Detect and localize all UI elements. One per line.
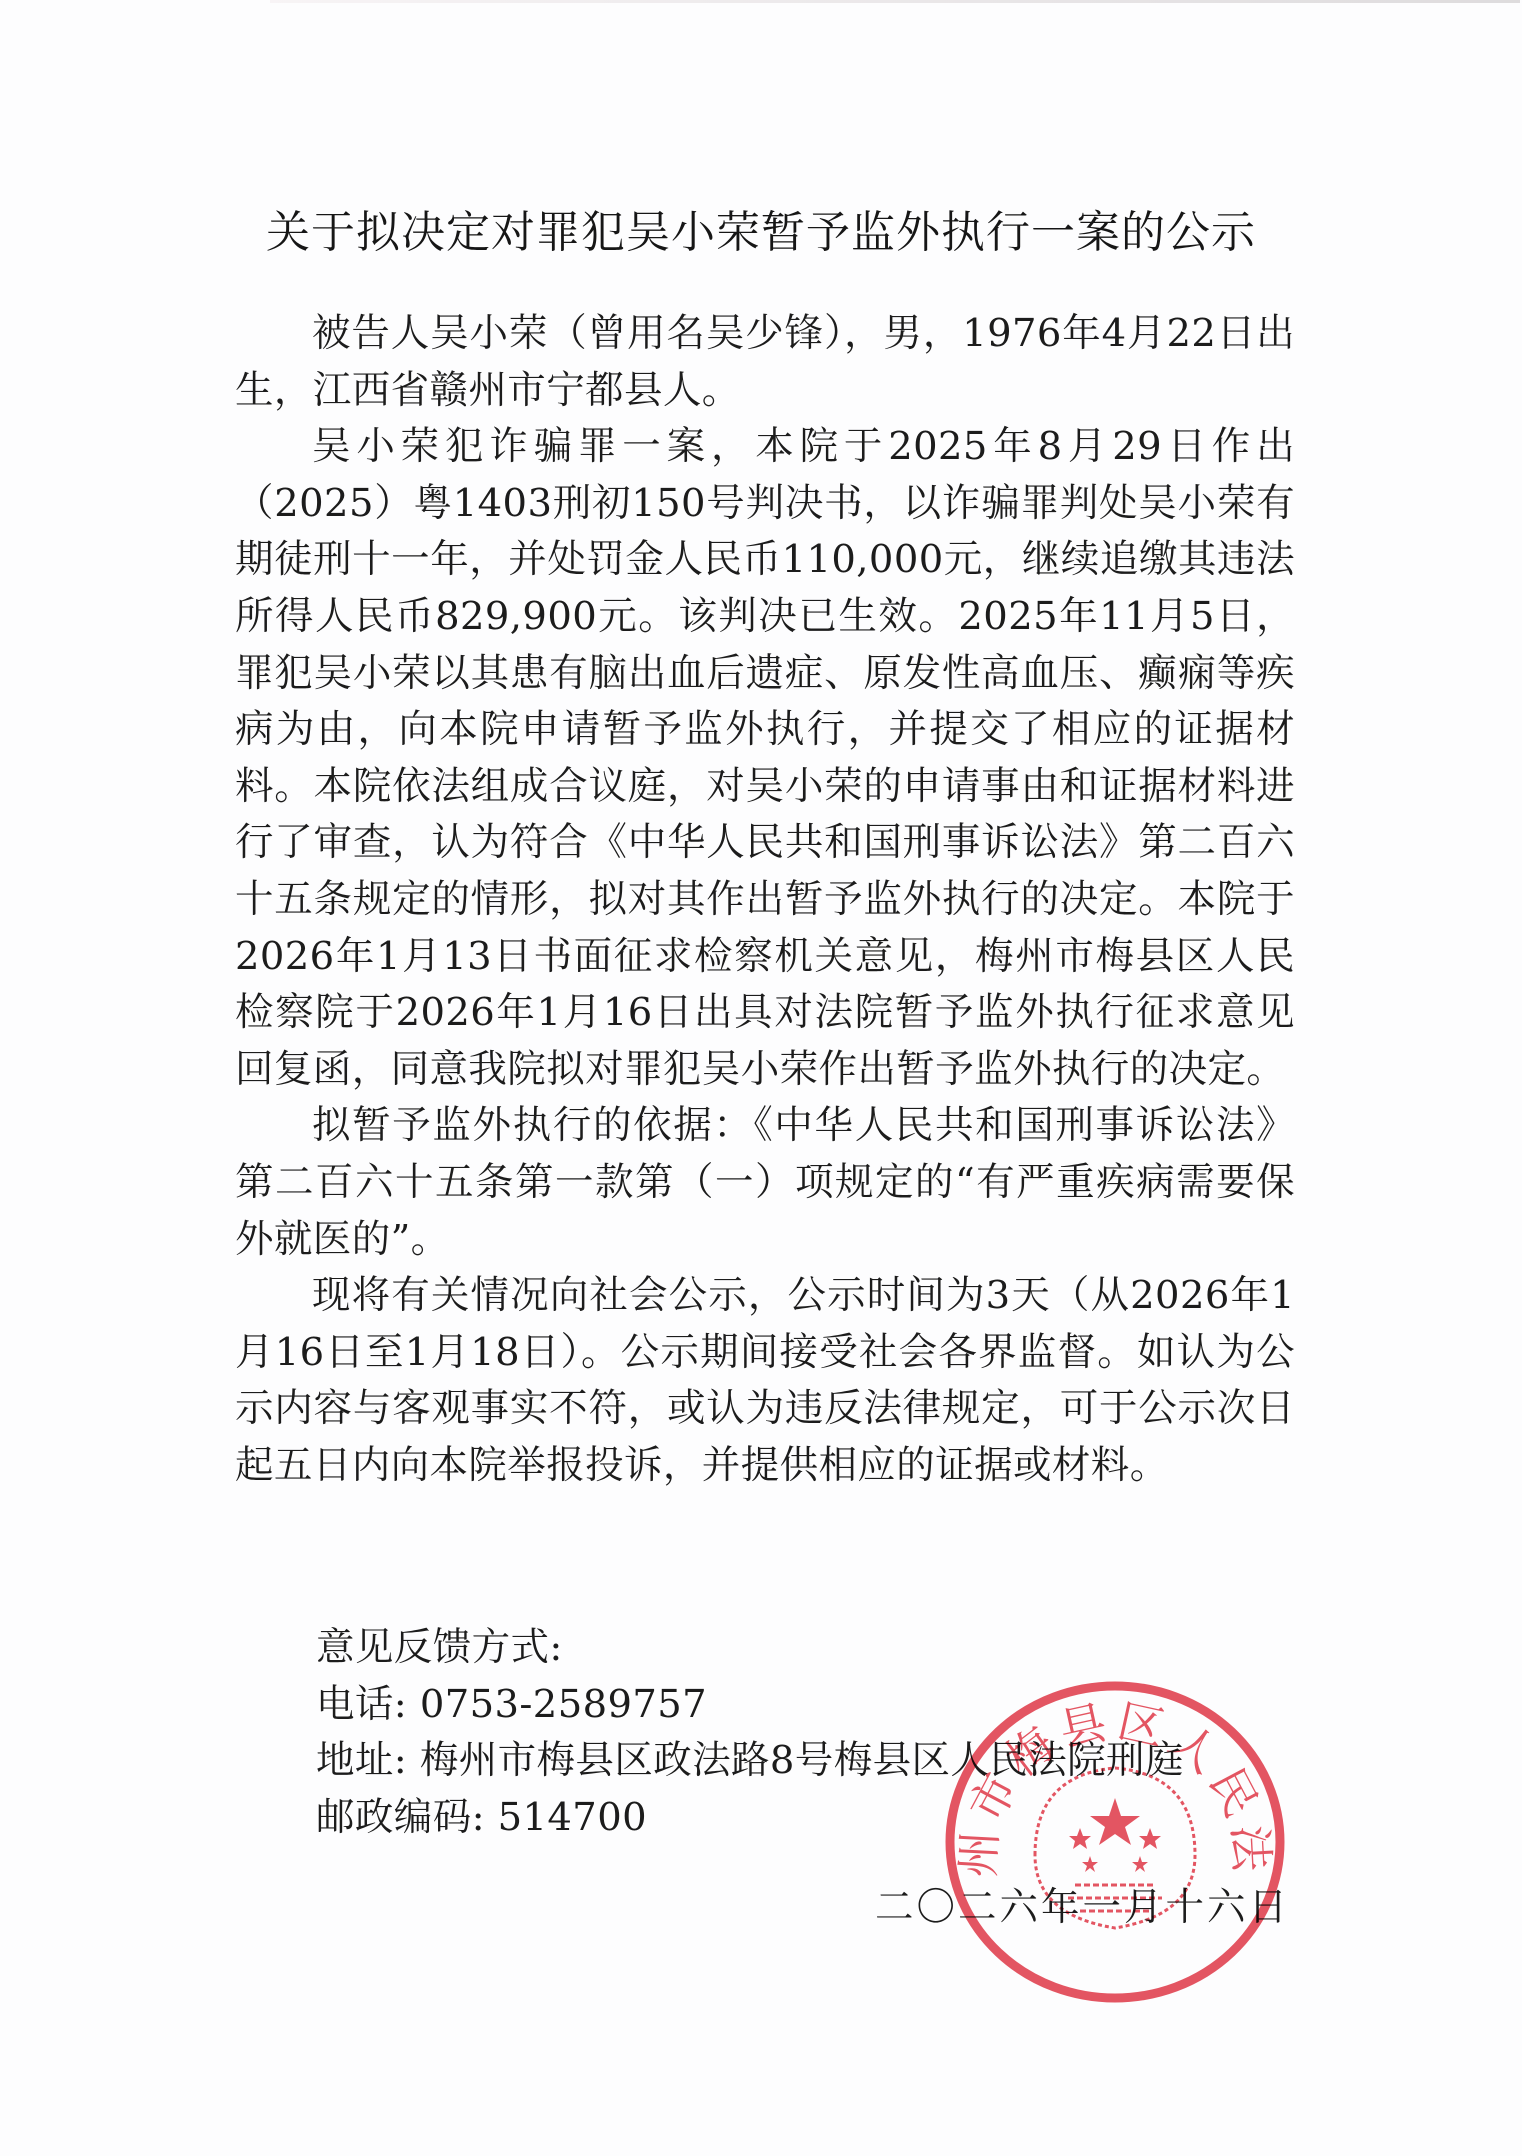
court-seal-icon: 梅州市梅县区人民法院 [940,1680,1290,2010]
paragraph-legal-basis: 拟暂予监外执行的依据：《中华人民共和国刑事诉讼法》第二百六十五条第一款第（一）项… [235,1098,1295,1268]
phone-label: 电话: [316,1682,407,1727]
address-label: 地址: [316,1738,407,1783]
scan-edge-artifact [270,0,1520,3]
phone-number: 0753-2589757 [420,1682,707,1727]
document-body: 被告人吴小荣（曾用名吴少锋），男，1976年4月22日出生，江西省赣州市宁都县人… [235,306,1295,1494]
paragraph-public-notice: 现将有关情况向社会公示，公示时间为3天（从2026年1月16日至1月18日）。公… [235,1268,1295,1494]
paragraph-case-details: 吴小荣犯诈骗罪一案，本院于2025年8月29日作出（2025）粤1403刑初15… [235,419,1295,1098]
seal-text: 梅州市梅县区人民法院 [940,1680,1279,1879]
document-title: 关于拟决定对罪犯吴小荣暂予监外执行一案的公示 [0,196,1522,260]
contact-heading: 意见反馈方式: [316,1620,1184,1677]
national-emblem-icon [1035,1768,1195,1928]
document-page: 关于拟决定对罪犯吴小荣暂予监外执行一案的公示 被告人吴小荣（曾用名吴少锋），男，… [0,0,1522,2156]
paragraph-defendant-info: 被告人吴小荣（曾用名吴少锋），男，1976年4月22日出生，江西省赣州市宁都县人… [235,306,1295,419]
svg-text:梅州市梅县区人民法院: 梅州市梅县区人民法院 [940,1680,1279,1879]
postcode-label: 邮政编码: [316,1795,485,1840]
postcode-value: 514700 [498,1795,647,1840]
